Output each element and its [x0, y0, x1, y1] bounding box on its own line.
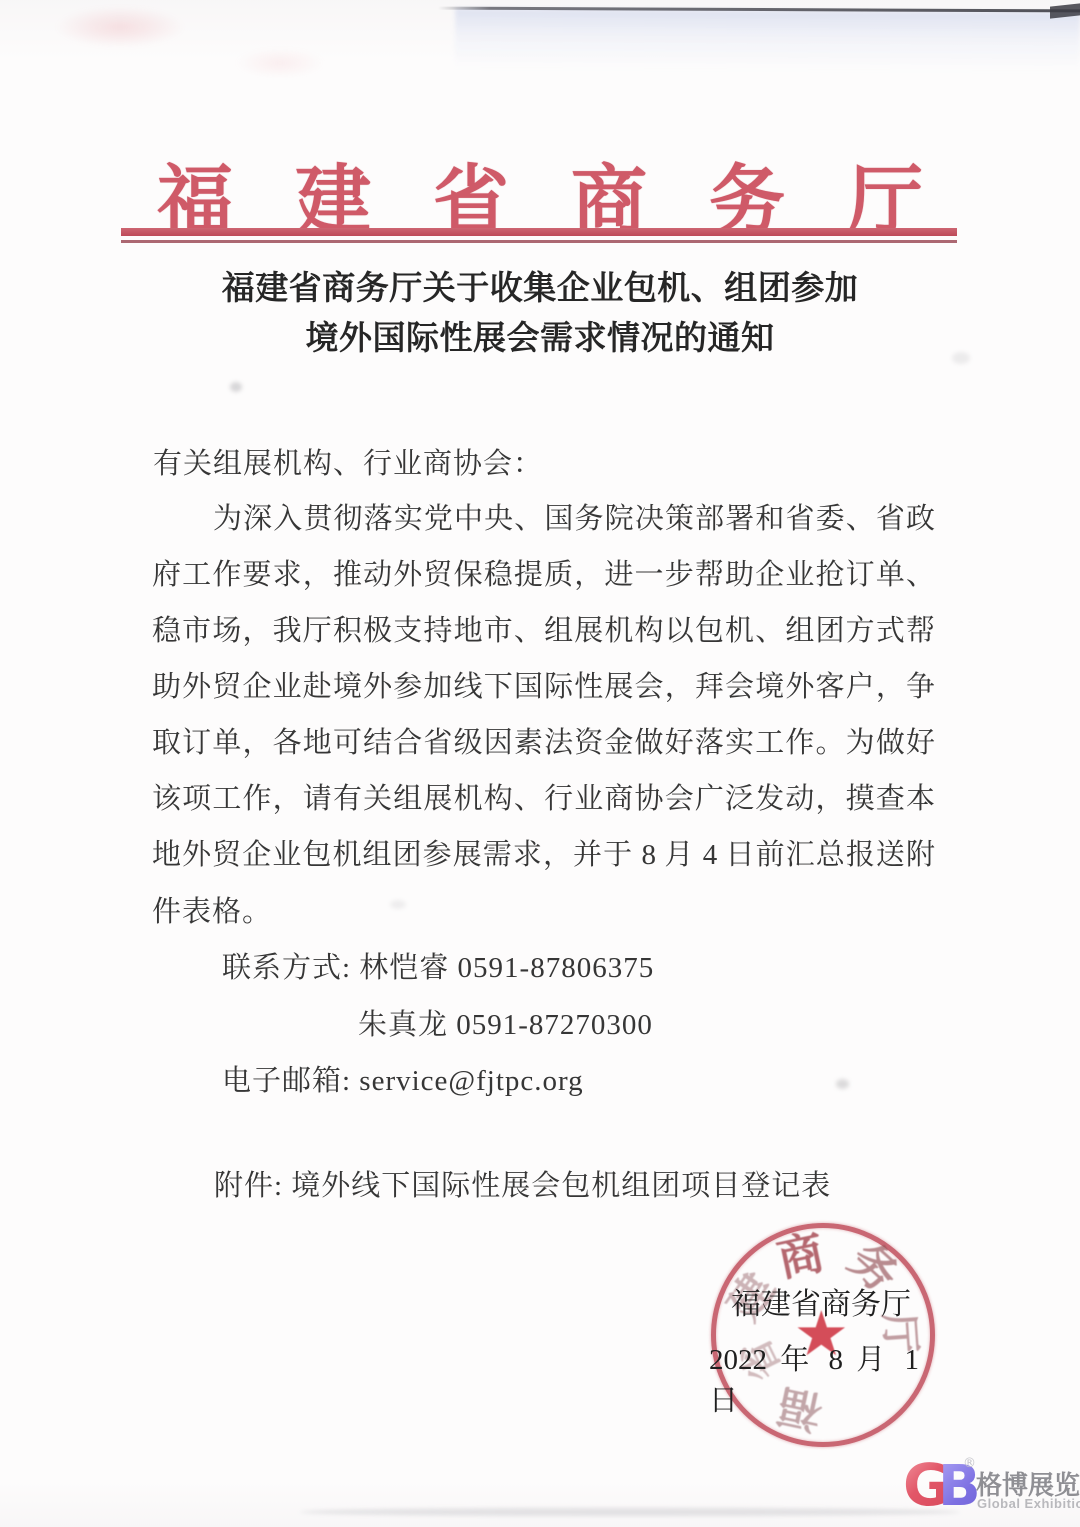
body-line: 地外贸企业包机组团参展需求，并于 8 月 4 日前汇总报送附 [152, 832, 935, 873]
watermark-logo: G B ® 格博展览 Global Exhibition [900, 1450, 1080, 1525]
scan-artifact-bottom [300, 1508, 960, 1516]
scan-smudge [390, 900, 406, 909]
body-line: 取订单，各地可结合省级因素法资金做好落实工作。为做好 [152, 720, 935, 761]
logo-name-english: Global Exhibition [977, 1496, 1080, 1511]
contact-line-phone-1: 联系方式: 林恺睿 0591-87806375 [222, 945, 654, 986]
signature-date: 2022 年 8 月 1 日 [709, 1337, 919, 1419]
contact-line-phone-2: 朱真龙 0591-87270300 [358, 1002, 653, 1043]
scanned-document-page: 福建省商务厅 福建省商务厅关于收集企业包机、组团参加 境外国际性展会需求情况的通… [0, 0, 1080, 1527]
document-title: 福建省商务厅关于收集企业包机、组团参加 境外国际性展会需求情况的通知 [0, 264, 1080, 364]
letterhead-rule-thin [121, 240, 957, 243]
body-line: 助外贸企业赴境外参加线下国际性展会，拜会境外客户，争 [152, 664, 935, 705]
registered-trademark-icon: ® [963, 1456, 976, 1471]
body-line: 该项工作，请有关组展机构、行业商协会广泛发动，摸查本 [152, 776, 935, 817]
attachment-line: 附件: 境外线下国际性展会包机组团项目登记表 [214, 1163, 831, 1204]
body-line: 件表格。 [152, 889, 272, 930]
scan-smudge [230, 382, 242, 392]
body-line: 为深入贯彻落实党中央、国务院决策部署和省委、省政 [152, 496, 935, 537]
scan-smudge [836, 1079, 849, 1089]
signature-org: 福建省商务厅 [731, 1279, 911, 1323]
contact-line-email: 电子邮箱: service@fjtpc.org [222, 1058, 584, 1099]
body-line: 府工作要求，推动外贸保稳提质，进一步帮助企业抢订单、 [152, 552, 935, 593]
scan-smudge [55, 6, 185, 48]
letterhead-rule-thick [121, 228, 957, 236]
salutation: 有关组展机构、行业商协会： [153, 441, 543, 482]
scan-smudge [235, 48, 325, 78]
document-title-line-1: 福建省商务厅关于收集企业包机、组团参加 [0, 264, 1080, 314]
scan-artifact-top-wash [455, 8, 1080, 72]
document-title-line-2: 境外国际性展会需求情况的通知 [0, 314, 1080, 364]
body-line: 稳市场，我厅积极支持地市、组展机构以包机、组团方式帮 [152, 608, 935, 649]
